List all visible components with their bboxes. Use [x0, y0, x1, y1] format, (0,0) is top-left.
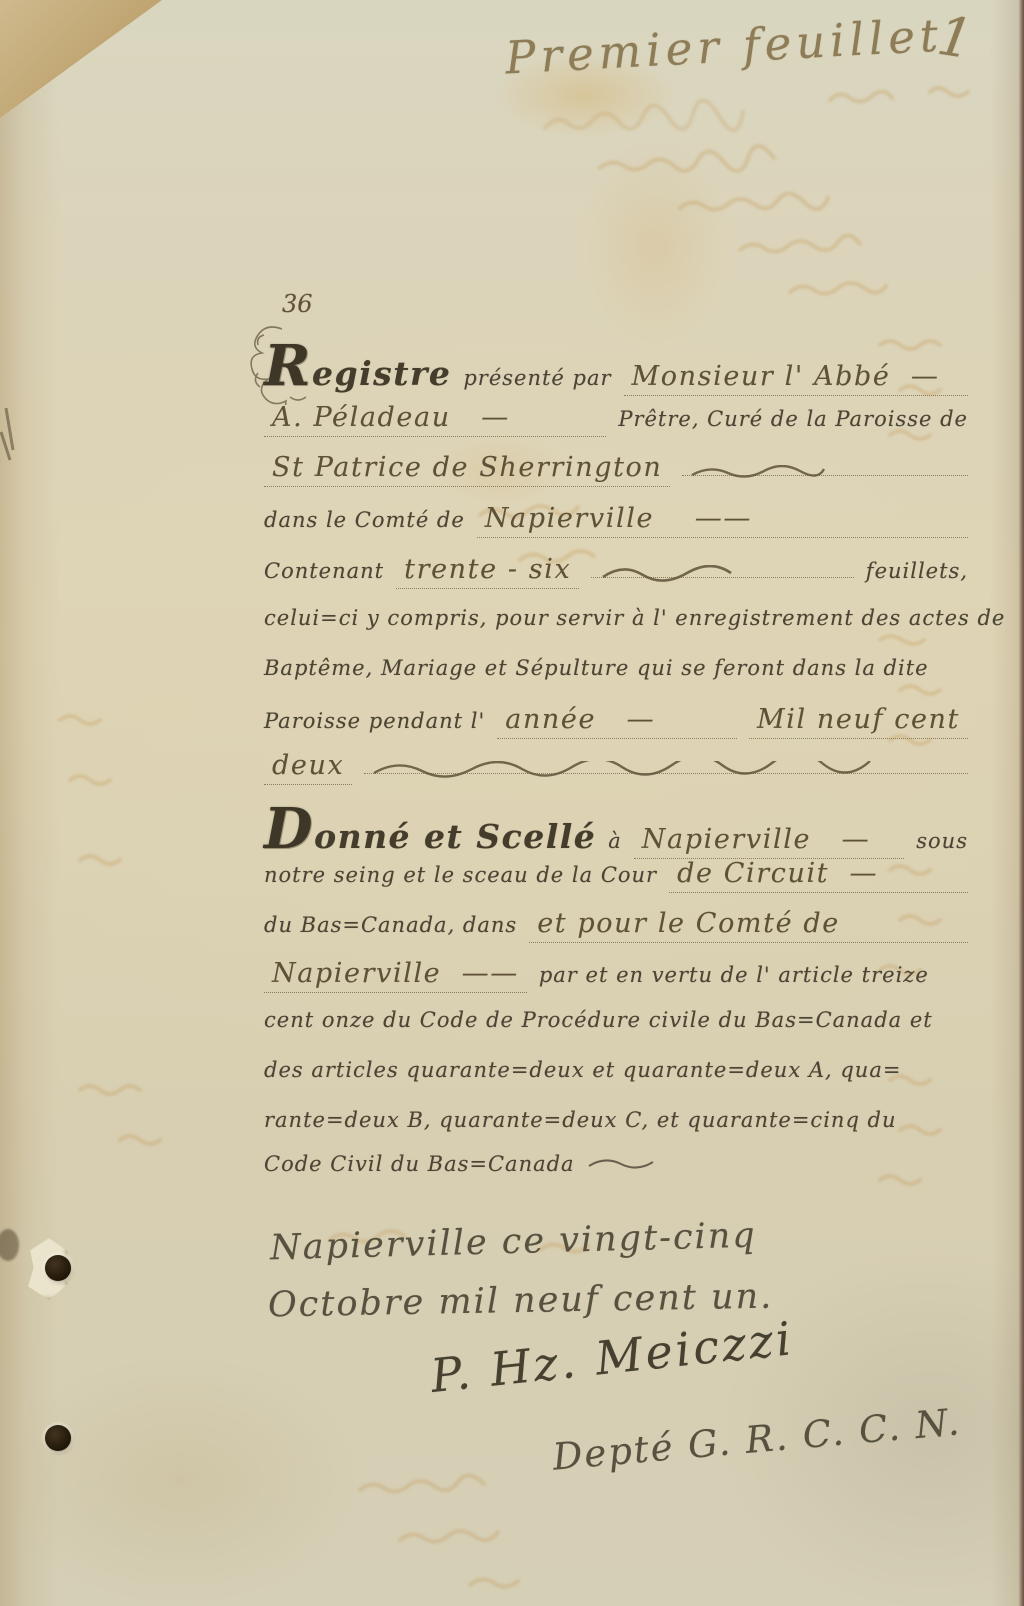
printed-text: du Bas=Canada, dans	[264, 913, 517, 937]
pen-flourish	[688, 465, 828, 481]
handwritten-entry: A. Péladeau —	[264, 402, 606, 437]
printed-text: celui=ci y compris, pour servir à l' enr…	[264, 606, 1005, 630]
printed-text: feuillets,	[866, 559, 968, 583]
handwritten-entry: Napierville —	[634, 824, 904, 859]
register-line-14: cent onze du Code de Procédure civile du…	[264, 1008, 968, 1032]
printed-text: sous	[916, 829, 968, 853]
handwritten-entry: trente - six	[396, 554, 579, 589]
register-line-7: Baptême, Mariage et Sépulture qui se fer…	[264, 656, 968, 680]
leaf-count-annotation: 36	[282, 290, 313, 318]
register-line-9: deux	[264, 750, 968, 785]
register-line-13: Napierville —— par et en vertu de l' art…	[264, 958, 968, 993]
handwritten-entry: Mil neuf cent	[749, 704, 968, 739]
printed-text: notre seing et le sceau de la Cour	[264, 863, 657, 887]
register-line-6: celui=ci y compris, pour servir à l' enr…	[264, 606, 968, 630]
printed-phrase-donne-et-scelle: Donné et Scellé	[264, 796, 596, 862]
printed-text: présenté par	[463, 366, 611, 390]
punch-hole-top	[45, 1255, 71, 1281]
register-line-17: Code Civil du Bas=Canada	[264, 1152, 968, 1176]
printed-text: cent onze du Code de Procédure civile du…	[264, 1008, 933, 1032]
handwritten-entry: deux	[264, 750, 352, 785]
printed-text: rante=deux B, quarante=deux C, et quaran…	[264, 1108, 897, 1132]
pen-flourish	[587, 1156, 657, 1172]
handwritten-entry: année —	[497, 704, 737, 739]
ruled-fill-line	[364, 755, 968, 774]
ruled-fill-line	[591, 559, 854, 578]
register-line-2: A. Péladeau — Prêtre, Curé de la Paroiss…	[264, 402, 968, 437]
register-line-12: du Bas=Canada, dans et pour le Comté de	[264, 908, 968, 943]
register-line-5: Contenant trente - six feuillets,	[264, 554, 968, 589]
printed-text: Paroisse pendant l'	[264, 709, 485, 733]
printed-text: Baptême, Mariage et Sépulture qui se fer…	[264, 656, 929, 680]
pen-flourish	[597, 565, 747, 583]
register-line-10: Donné et Scellé à Napierville — sous	[264, 796, 968, 862]
register-line-11: notre seing et le sceau de la Cour de Ci…	[264, 858, 968, 893]
handwritten-entry: et pour le Comté de	[529, 908, 968, 943]
register-line-4: dans le Comté de Napierville ——	[264, 503, 968, 538]
handwritten-entry: Monsieur l' Abbé —	[624, 361, 968, 396]
printed-text: Code Civil du Bas=Canada	[264, 1152, 575, 1176]
handwritten-entry: Napierville ——	[264, 958, 527, 993]
register-line-1: Registre présenté par Monsieur l' Abbé —	[264, 333, 968, 399]
printed-text: Contenant	[264, 559, 384, 583]
pen-flourish	[370, 761, 930, 779]
handwritten-entry: de Circuit —	[669, 858, 968, 893]
printed-text: des articles quarante=deux et quarante=d…	[264, 1058, 901, 1082]
handwritten-entry: Napierville ——	[477, 503, 968, 538]
register-line-16: rante=deux B, quarante=deux C, et quaran…	[264, 1108, 968, 1132]
printed-text: par et en vertu de l' article treize	[539, 963, 929, 987]
punch-hole-bottom	[45, 1425, 71, 1451]
handwritten-entry: St Patrice de Sherrington	[264, 452, 670, 487]
register-line-15: des articles quarante=deux et quarante=d…	[264, 1058, 968, 1082]
register-line-8: Paroisse pendant l' année — Mil neuf cen…	[264, 704, 968, 739]
printed-text: Prêtre, Curé de la Paroisse de	[618, 407, 968, 431]
document-page: Premier feuillet 1 36 Registre présenté …	[0, 0, 1024, 1606]
printed-word-registre: Registre	[264, 333, 451, 399]
register-line-3: St Patrice de Sherrington	[264, 452, 968, 487]
ruled-fill-line	[682, 457, 968, 476]
printed-text: dans le Comté de	[264, 508, 465, 532]
page-right-edge	[1019, 0, 1024, 1606]
printed-text: à	[608, 829, 622, 853]
